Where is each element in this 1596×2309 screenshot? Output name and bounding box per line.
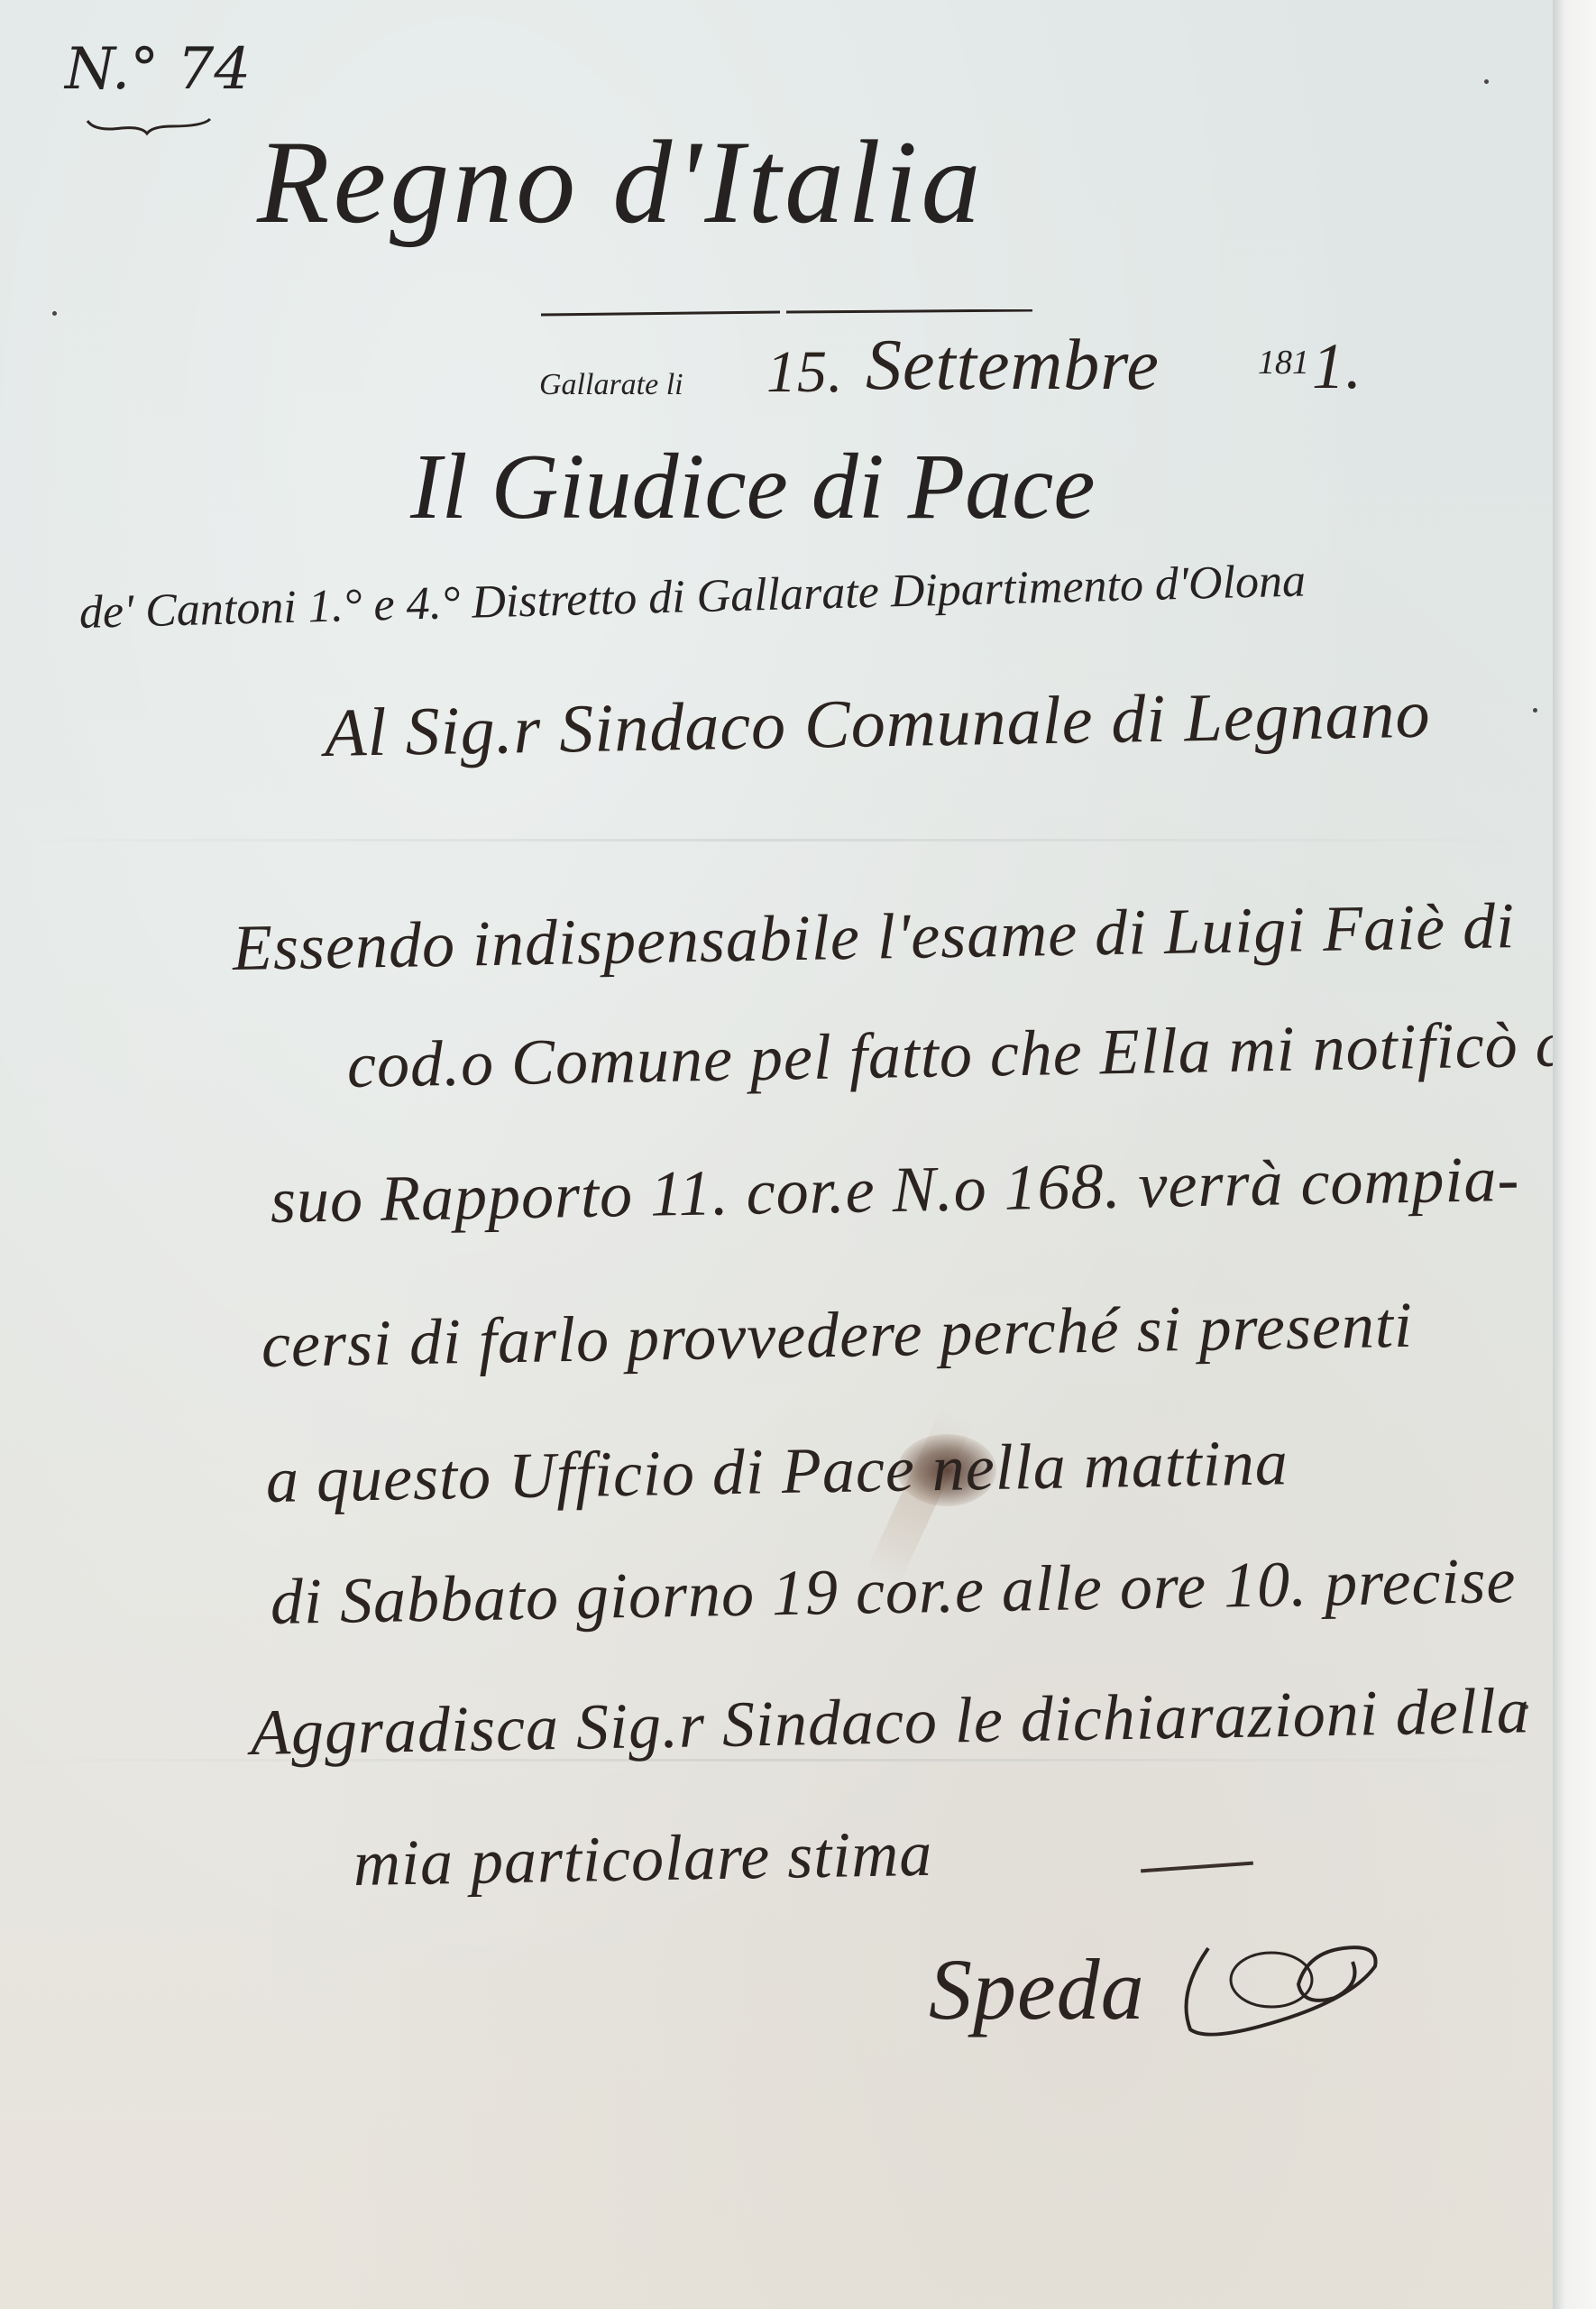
body-line: Essendo indispensabile l'esame di Luigi … (232, 888, 1516, 986)
body-line: suo Rapporto 11. cor.e N.o 168. verrà co… (270, 1142, 1520, 1238)
body-line: Aggradisca Sig.r Sindaco le dichiarazion… (250, 1673, 1530, 1771)
year-printed: 181 (1258, 343, 1309, 382)
body-line: cod.o Comune pel fatto che Ella mi notif… (346, 1006, 1596, 1103)
letter-paper: N.° 74 Regno d'Italia Gallarate li 15. S… (0, 0, 1553, 2309)
paper-fold-line (0, 839, 1553, 842)
date-month: Settembre (866, 325, 1160, 407)
body-line: cersi di farlo provvedere perché si pres… (261, 1288, 1413, 1383)
paper-right-edge (1553, 0, 1596, 2309)
year-handwritten: 1. (1312, 329, 1362, 404)
letterhead-title: Regno d'Italia (257, 113, 984, 251)
date-day: 15. (766, 338, 844, 407)
addressee-line: Al Sig.r Sindaco Comunale di Legnano (324, 676, 1431, 773)
closing-dash (1141, 1862, 1253, 1873)
office-title: Il Giudice di Pace (410, 433, 1095, 540)
body-line: mia particolare stima (353, 1817, 933, 1901)
place-label: Gallarate li (539, 368, 683, 402)
paper-speck (1533, 708, 1537, 713)
body-line: a questo Ufficio di Pace nella mattina (265, 1425, 1289, 1518)
number-brace-flourish (86, 117, 212, 137)
paper-speck (1484, 79, 1489, 84)
title-underline-rule (541, 309, 1032, 317)
paper-speck (52, 311, 57, 316)
signature-flourish (1172, 1930, 1398, 2047)
office-subtitle: de' Cantoni 1.° e 4.° Distretto di Galla… (78, 554, 1306, 639)
signature: Speda (929, 1939, 1145, 2039)
document-number: N.° 74 (65, 36, 251, 103)
body-line: di Sabbato giorno 19 cor.e alle ore 10. … (270, 1543, 1517, 1640)
